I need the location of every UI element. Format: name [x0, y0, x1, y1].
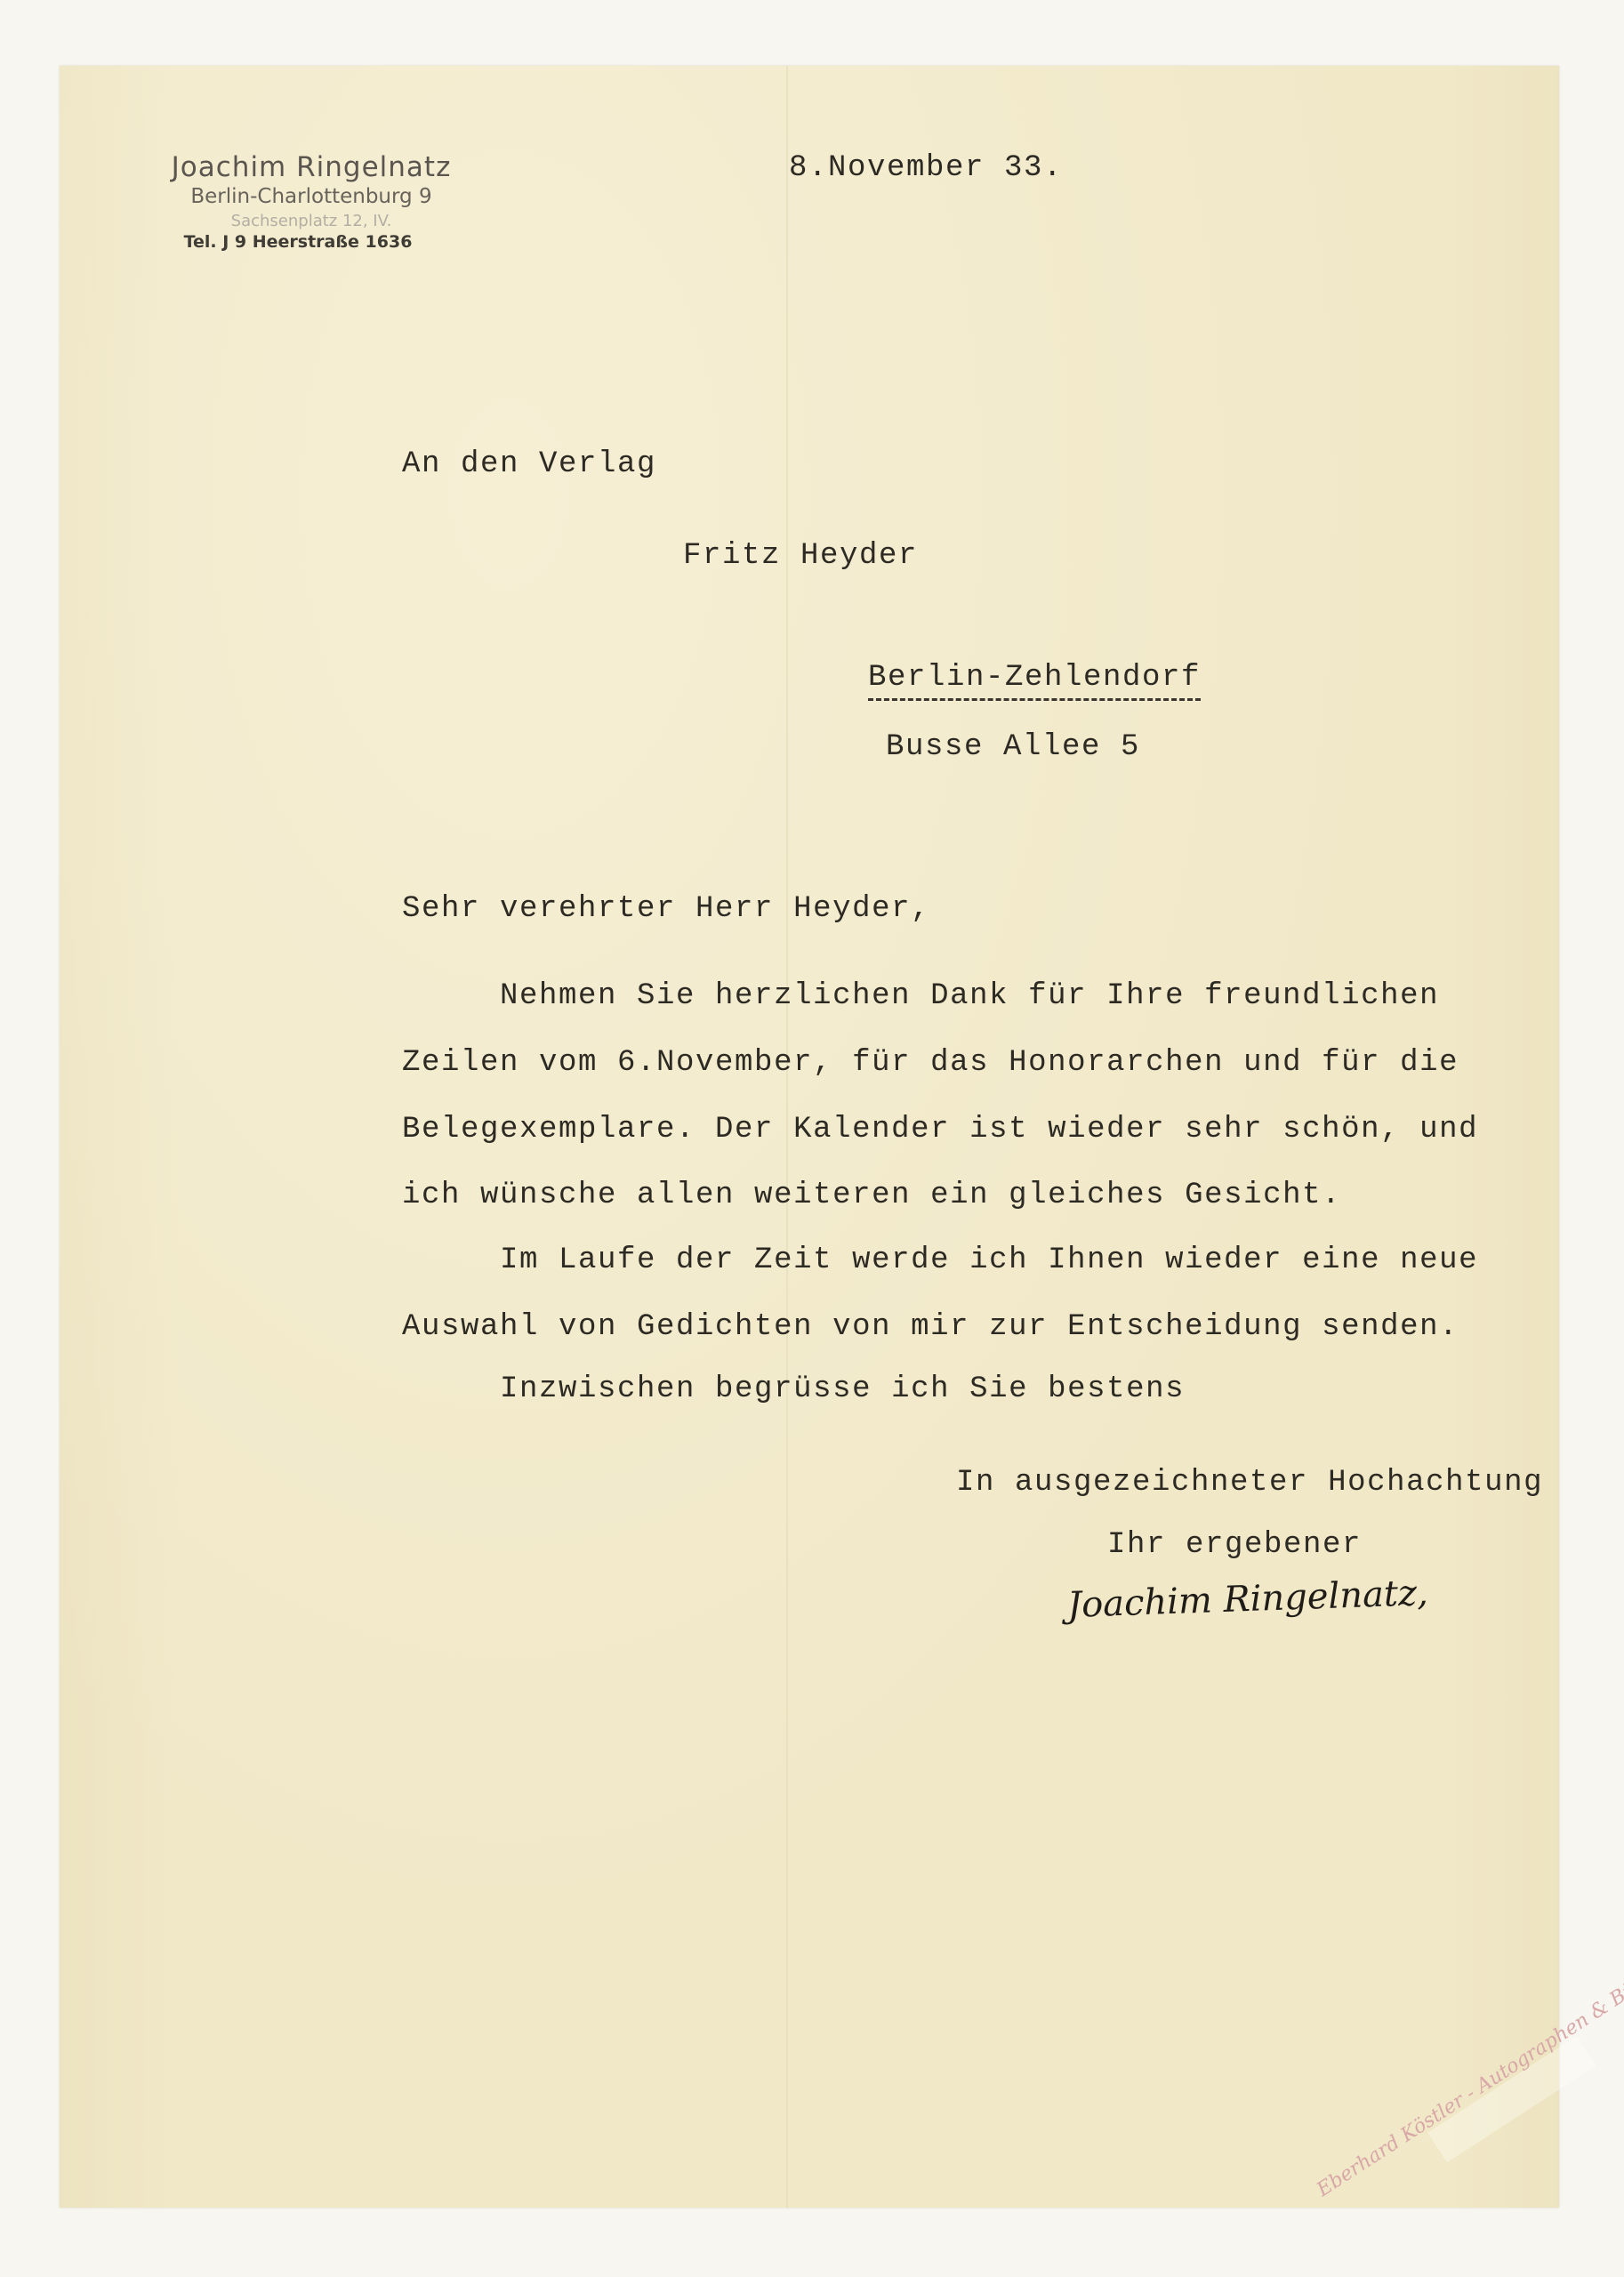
body-line: Auswahl von Gedichten von mir zur Entsch…: [402, 1312, 1459, 1342]
body-line: Inzwischen begrüsse ich Sie bestens: [402, 1374, 1185, 1404]
recipient-street: Busse Allee 5: [886, 732, 1140, 762]
body-line: Belegexemplare. Der Kalender ist wieder …: [402, 1114, 1478, 1145]
letter-date: 8.November 33.: [789, 153, 1063, 183]
closing-line-2: Ihr ergebener: [1107, 1530, 1362, 1560]
body-line: Zeilen vom 6.November, für das Honorarch…: [402, 1048, 1459, 1078]
salutation: Sehr verehrter Herr Heyder,: [402, 894, 930, 924]
body-line: ich wünsche allen weiteren ein gleiches …: [402, 1180, 1341, 1211]
recipient-line-2: Fritz Heyder: [683, 541, 918, 571]
letterhead-city: Berlin-Charlottenburg 9: [142, 185, 480, 208]
letterhead-phone: Tel. J 9 Heerstraße 1636: [116, 232, 480, 252]
recipient-line-1: An den Verlag: [402, 449, 656, 479]
recipient-city: Berlin-Zehlendorf: [868, 663, 1201, 701]
body-line: Nehmen Sie herzlichen Dank für Ihre freu…: [402, 981, 1439, 1011]
letterhead-name: Joachim Ringelnatz: [142, 151, 480, 183]
closing-line-1: In ausgezeichneter Hochachtung: [956, 1468, 1543, 1498]
letterhead-street: Sachsenplatz 12, IV.: [142, 212, 480, 230]
body-line: Im Laufe der Zeit werde ich Ihnen wieder…: [402, 1245, 1478, 1275]
letterhead-stamp: Joachim Ringelnatz Berlin-Charlottenburg…: [142, 151, 480, 252]
